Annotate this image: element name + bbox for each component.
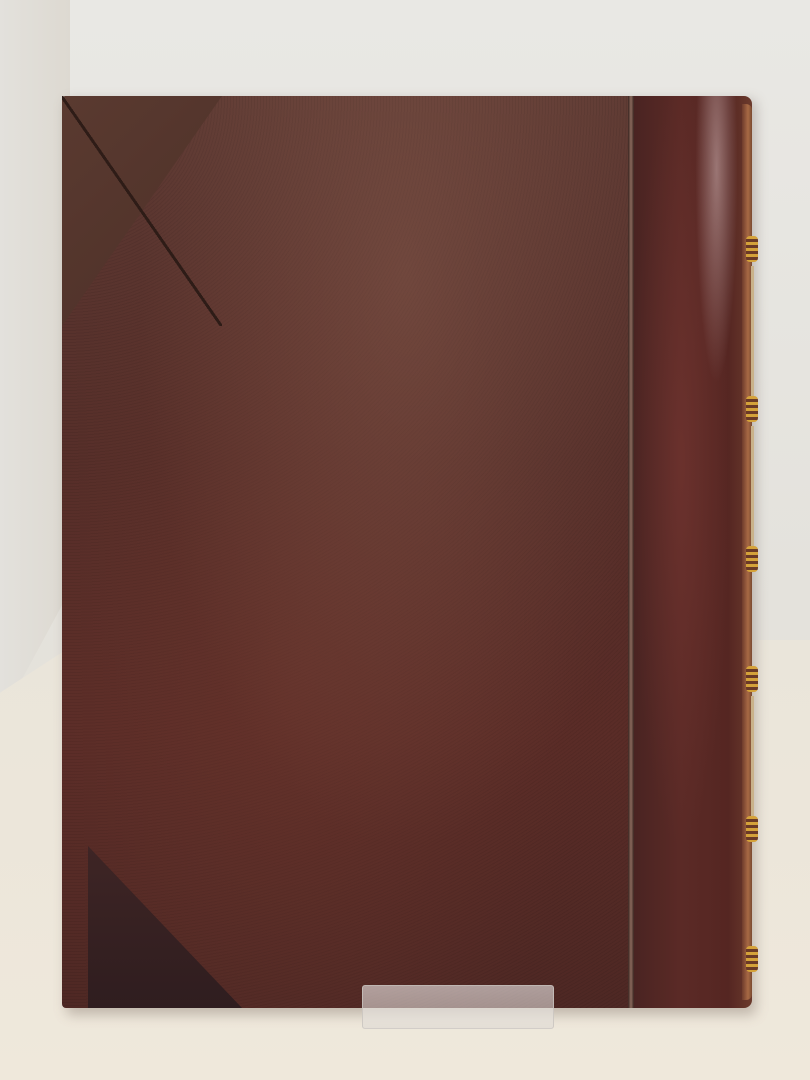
leather-spine — [634, 96, 752, 1008]
gilt-fillet — [751, 696, 754, 816]
gilt-band — [746, 546, 758, 572]
gilt-band — [746, 946, 758, 972]
gilt-fillet — [751, 426, 754, 546]
gilt-fillet — [751, 266, 754, 416]
gilt-band — [746, 236, 758, 262]
corner-edge-line — [62, 96, 222, 326]
book — [62, 96, 752, 1008]
acrylic-book-stand — [362, 985, 554, 1029]
gilt-band — [746, 816, 758, 842]
gilt-band — [746, 666, 758, 692]
gilt-band — [746, 396, 758, 422]
